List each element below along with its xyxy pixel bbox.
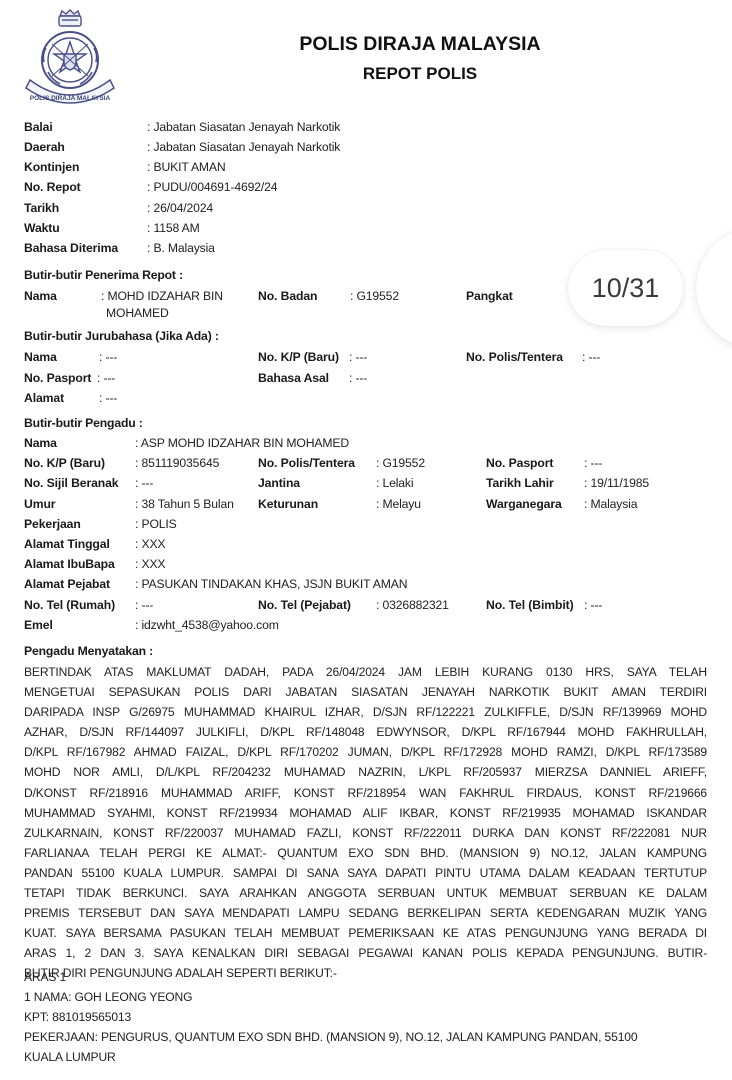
page-indicator-text: 10/31 <box>592 273 660 304</box>
section-heading-statement: Pengadu Menyatakan : <box>24 644 153 658</box>
report-info-value: : 1158 AM <box>147 221 200 235</box>
jurubahasa-pasport-value: : --- <box>97 371 115 385</box>
report-info-label: No. Repot <box>24 180 81 194</box>
pengadu-tel-pejabat-label: No. Tel (Pejabat) <box>258 598 351 612</box>
report-info-value: : Jabatan Siasatan Jenayah Narkotik <box>147 140 340 154</box>
pengadu-tel-rumah-value: : --- <box>135 598 153 612</box>
section-heading-penerima: Butir-butir Penerima Repot : <box>24 268 183 282</box>
pengadu-umur-label: Umur <box>24 497 55 511</box>
penerima-badan-value: : G19552 <box>350 289 399 303</box>
report-info-label: Tarikh <box>24 201 59 215</box>
report-info-label: Waktu <box>24 221 60 235</box>
document-title: REPOT POLIS <box>0 64 690 84</box>
jurubahasa-alamat-label: Alamat <box>24 391 64 405</box>
pengadu-tel-bimbit-value: : --- <box>584 598 602 612</box>
pengadu-kp-label: No. K/P (Baru) <box>24 456 105 470</box>
statement-line: DARIPADA INSP G/26975 MUHAMMAD KHAIRUL I… <box>24 702 707 722</box>
visitor-detail-line: PEKERJAAN: PENGURUS, QUANTUM EXO SDN BHD… <box>24 1027 637 1047</box>
pengadu-nama-label: Nama <box>24 436 57 450</box>
report-info-value: : BUKIT AMAN <box>147 160 226 174</box>
jurubahasa-kp-value: : --- <box>349 350 367 364</box>
pengadu-nama-value: : ASP MOHD IDZAHAR BIN MOHAMED <box>135 436 349 450</box>
statement-line: D/KPL RF/167982 AHMAD FAIZAL, D/KPL RF/1… <box>24 742 707 762</box>
statement-line: MOHD NOR AMLI, D/L/KPL RF/204232 MUHAMAD… <box>24 762 707 782</box>
polis-diraja-malaysia-crest-icon: POLIS DIRAJA MALAYSIA <box>22 8 118 108</box>
pengadu-ibubapa-label: Alamat IbuBapa <box>24 557 115 571</box>
report-info-label: Bahasa Diterima <box>24 241 118 255</box>
pengadu-warga-value: : Malaysia <box>584 497 637 511</box>
pengadu-pasport-value: : --- <box>584 456 602 470</box>
jurubahasa-alamat-value: : --- <box>99 391 117 405</box>
report-info-value: : PUDU/004691-4692/24 <box>147 180 277 194</box>
report-info-label: Balai <box>24 120 53 134</box>
jurubahasa-bahasa-value: : --- <box>349 371 367 385</box>
report-info-value: : 26/04/2024 <box>147 201 213 215</box>
statement-line: BERTINDAK ATAS MAKLUMAT DADAH, PADA 26/0… <box>24 662 707 682</box>
pengadu-keturunan-value: : Melayu <box>376 497 421 511</box>
statement-line: MENGETUAI SEPASUKAN POLIS DARI JABATAN S… <box>24 682 707 702</box>
jurubahasa-nama-value: : --- <box>99 350 117 364</box>
statement-line: TETAPI TIDAK BERKUNCI. SAYA ARAHKAN ANGG… <box>24 883 707 903</box>
report-info-value: : B. Malaysia <box>147 241 215 255</box>
pengadu-pejabat-label: Alamat Pejabat <box>24 577 110 591</box>
section-heading-pengadu: Butir-butir Pengadu : <box>24 416 143 430</box>
penerima-nama-label: Nama <box>24 289 57 303</box>
visitor-detail-line: 1 NAMA: GOH LEONG YEONG <box>24 987 637 1007</box>
jurubahasa-pasport-label: No. Pasport <box>24 371 91 385</box>
pengadu-sijil-value: : --- <box>135 476 153 490</box>
statement-line: PREMIS TERSEBUT DAN SAYA MENDAPATI LAMPU… <box>24 903 707 923</box>
pengadu-ibubapa-value: : XXX <box>135 557 165 571</box>
visitor-details: ARAS 11 NAMA: GOH LEONG YEONGKPT: 881019… <box>24 967 637 1067</box>
statement-line: ARAS 1, 2 DAN 3. SAYA KENALKAN DIRI SEBA… <box>24 943 707 963</box>
agency-title: POLIS DIRAJA MALAYSIA <box>0 33 690 56</box>
pengadu-polis-value: : G19552 <box>376 456 425 470</box>
penerima-badan-label: No. Badan <box>258 289 317 303</box>
penerima-nama-value: : MOHD IDZAHAR BIN <box>101 289 223 303</box>
pengadu-umur-value: : 38 Tahun 5 Bulan <box>135 497 234 511</box>
pengadu-tinggal-value: : XXX <box>135 537 165 551</box>
visitor-detail-line: ARAS 1 <box>24 967 637 987</box>
jurubahasa-nama-label: Nama <box>24 350 57 364</box>
pengadu-lahir-label: Tarikh Lahir <box>486 476 554 490</box>
report-info-value: : Jabatan Siasatan Jenayah Narkotik <box>147 120 340 134</box>
statement-line: FARLIANAA TELAH PERGI KE ALMAT:- QUANTUM… <box>24 843 707 863</box>
jurubahasa-polis-label: No. Polis/Tentera <box>466 350 563 364</box>
statement-line: AZHAR, D/SJN RF/144097 JULKIFLI, D/KPL R… <box>24 722 707 742</box>
jurubahasa-polis-value: : --- <box>582 350 600 364</box>
pengadu-jantina-value: : Lelaki <box>376 476 413 490</box>
jurubahasa-bahasa-label: Bahasa Asal <box>258 371 329 385</box>
police-crest-logo: POLIS DIRAJA MALAYSIA <box>22 8 118 108</box>
pengadu-pejabat-value: : PASUKAN TINDAKAN KHAS, JSJN BUKIT AMAN <box>135 577 407 591</box>
pengadu-emel-value: : idzwht_4538@yahoo.com <box>135 618 279 632</box>
report-info-label: Kontinjen <box>24 160 79 174</box>
pengadu-polis-label: No. Polis/Tentera <box>258 456 355 470</box>
pengadu-jantina-label: Jantina <box>258 476 300 490</box>
statement-body: BERTINDAK ATAS MAKLUMAT DADAH, PADA 26/0… <box>24 662 707 984</box>
pengadu-tinggal-label: Alamat Tinggal <box>24 537 110 551</box>
pengadu-tel-bimbit-label: No. Tel (Bimbit) <box>486 598 574 612</box>
pengadu-keturunan-label: Keturunan <box>258 497 318 511</box>
pengadu-tel-rumah-label: No. Tel (Rumah) <box>24 598 115 612</box>
penerima-nama-value-cont: MOHAMED <box>106 306 169 320</box>
statement-line: KUAT. SAYA BERSAMA PASUKAN TELAH MEMBUAT… <box>24 923 707 943</box>
page-indicator: 10/31 <box>568 250 683 326</box>
statement-line: D/KONST RF/218916 MUHAMMAD ARIFF, KONST … <box>24 783 707 803</box>
pengadu-pasport-label: No. Pasport <box>486 456 553 470</box>
statement-line: ZULKARNAIN, KONST RF/220037 MUHAMAD FAZL… <box>24 823 707 843</box>
next-page-button[interactable] <box>696 228 732 348</box>
pengadu-pekerjaan-label: Pekerjaan <box>24 517 81 531</box>
penerima-pangkat-label: Pangkat <box>466 289 513 303</box>
report-info-label: Daerah <box>24 140 65 154</box>
visitor-detail-line: KUALA LUMPUR <box>24 1047 637 1067</box>
pengadu-tel-pejabat-value: : 0326882321 <box>376 598 449 612</box>
pengadu-sijil-label: No. Sijil Beranak <box>24 476 118 490</box>
svg-text:POLIS DIRAJA MALAYSIA: POLIS DIRAJA MALAYSIA <box>30 95 111 102</box>
statement-line: MUHAMMAD SYAHMI, KONST RF/219934 MOHAMAD… <box>24 803 707 823</box>
statement-line: PANDAN 55100 KUALA LUMPUR. SAMPAI DI SAN… <box>24 863 707 883</box>
jurubahasa-kp-label: No. K/P (Baru) <box>258 350 339 364</box>
pengadu-emel-label: Emel <box>24 618 53 632</box>
visitor-detail-line: KPT: 881019565013 <box>24 1007 637 1027</box>
section-heading-jurubahasa: Butir-butir Jurubahasa (Jika Ada) : <box>24 329 219 343</box>
pengadu-lahir-value: : 19/11/1985 <box>584 476 649 490</box>
pengadu-kp-value: : 851119035645 <box>135 456 219 470</box>
pengadu-warga-label: Warganegara <box>486 497 562 511</box>
pengadu-pekerjaan-value: : POLIS <box>135 517 177 531</box>
